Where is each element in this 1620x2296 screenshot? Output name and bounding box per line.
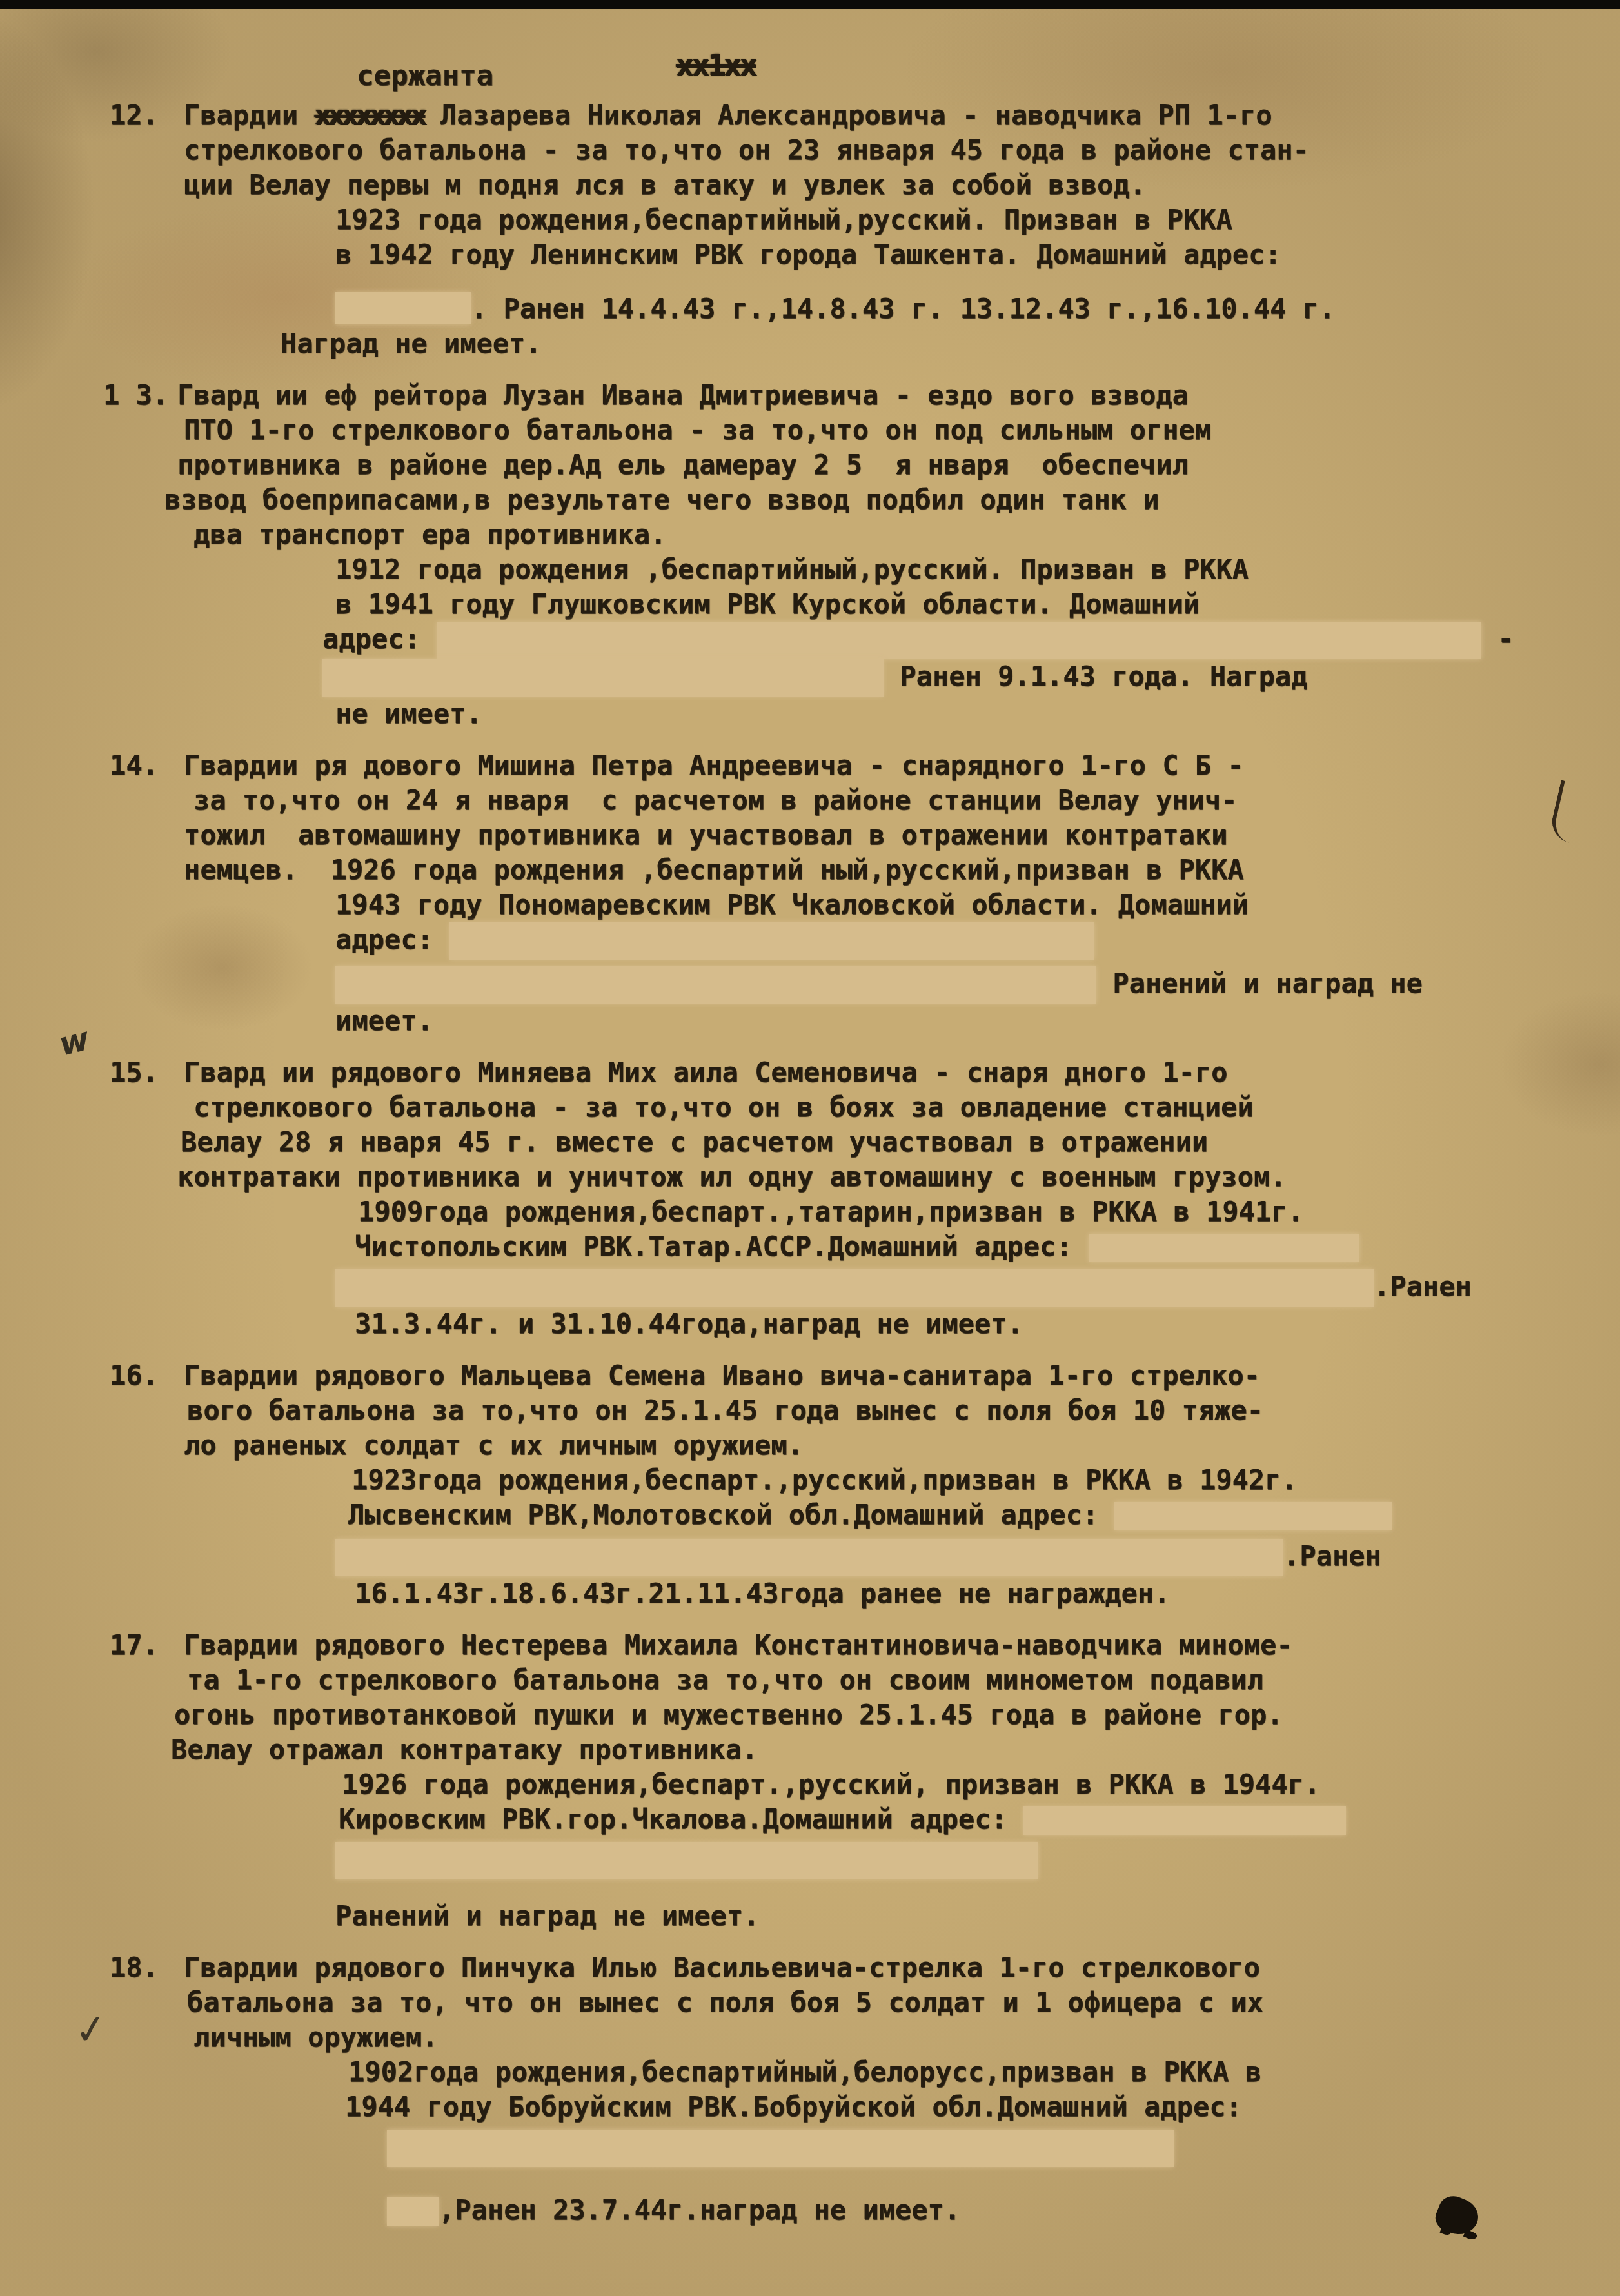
text-run: личным оружием.	[193, 2021, 438, 2053]
struck-out-text: хххххххх	[314, 99, 424, 131]
entry-number: 1 3.	[103, 378, 177, 413]
handwritten-mark: ✓	[72, 2010, 110, 2050]
text-line: 14.Гвардии ря дового Мишина Петра Андрее…	[110, 748, 1620, 783]
text-run: немцев. 1926 года рождения ,беспартий ны…	[184, 854, 1244, 886]
text-run: в 1942 году Ленинским РВК города Ташкент…	[335, 239, 1281, 270]
text-run: стрелкового батальона - за то,что он 23 …	[184, 134, 1309, 166]
text-run: Ранений и наград не	[1096, 967, 1423, 999]
text-line: Ранен 9.1.43 года. Наград	[322, 659, 1620, 697]
text-run: Ранен 9.1.43 года. Наград	[884, 660, 1307, 692]
text-line: тожил автомашину противника и участвовал…	[184, 818, 1620, 853]
entry-number: 14.	[110, 748, 184, 783]
text-line: ПТО 1-го стрелкового батальона - за то,ч…	[184, 413, 1620, 448]
text-run: вого батальона за то,что он 25.1.45 года…	[187, 1394, 1263, 1426]
entry-16: 16.Гвардии рядового Мальцева Семена Иван…	[0, 1358, 1620, 1611]
text-run: Гвард ии рядового Миняева Мих аила Семен…	[184, 1056, 1227, 1088]
text-line: вого батальона за то,что он 25.1.45 года…	[187, 1393, 1620, 1428]
entry-14: 14.Гвардии ря дового Мишина Петра Андрее…	[0, 748, 1620, 1038]
text-run: имеет.	[335, 1005, 433, 1036]
text-run: Лазарева Николая Александровича - наводч…	[424, 99, 1272, 131]
redaction-block	[1089, 1234, 1359, 1262]
redaction-block	[335, 1539, 1283, 1576]
text-line: 1 3.Гвард ии еф рейтора Лузан Ивана Дмит…	[103, 378, 1620, 413]
text-line: 18.Гвардии рядового Пинчука Илью Василье…	[110, 1950, 1620, 1985]
redaction-block	[387, 2130, 1174, 2167]
text-line: 12.Гвардии хххххххх Лазарева Николая Але…	[110, 98, 1620, 133]
text-line: контратаки противника и уничтож ил одну …	[177, 1160, 1620, 1194]
text-run: Чистопольским РВК.Татар.АССР.Домашний ад…	[355, 1231, 1089, 1262]
entry-15: 15.wГвард ии рядового Миняева Мих аила С…	[0, 1055, 1620, 1341]
text-run: огонь противотанковой пушки и мужественн…	[174, 1699, 1283, 1730]
entries: 12.Гвардии хххххххх Лазарева Николая Але…	[0, 98, 1620, 2228]
entry-number: 16.	[110, 1358, 184, 1393]
text-run: Лысвенским РВК,Молотовской обл.Домашний …	[348, 1499, 1114, 1530]
text-run: Велау 28 я нваря 45 г. вместе с расчетом…	[181, 1126, 1208, 1158]
redaction-block	[387, 2197, 439, 2226]
text-run: -	[1481, 623, 1514, 655]
text-line: адрес:	[335, 922, 1620, 960]
text-line: Наград не имеет.	[281, 326, 1620, 361]
text-line: Ранений и наград не имеет.	[335, 1899, 1620, 1934]
text-run: Гвард ии еф рейтора Лузан Ивана Дмитриев…	[177, 379, 1189, 411]
redaction-block	[1114, 1502, 1392, 1530]
text-run: 1923 года рождения,беспартийный,русский.…	[335, 204, 1232, 235]
text-run: Наград не имеет.	[281, 328, 542, 359]
entry-13: 1 3.Гвард ии еф рейтора Лузан Ивана Дмит…	[0, 378, 1620, 731]
text-run: 1944 году Бобруйским РВК.Бобруйской обл.…	[345, 2091, 1242, 2123]
entry-number: 18.	[110, 1950, 184, 1985]
text-line: 15.wГвард ии рядового Миняева Мих аила С…	[110, 1055, 1620, 1090]
text-line	[335, 1842, 1620, 1879]
text-run: взвод боеприпасами,в результате чего взв…	[164, 484, 1159, 515]
text-line: в 1941 году Глушковским РВК Курской обла…	[335, 587, 1620, 622]
text-run: стрелкового батальона - за то,что он в б…	[193, 1091, 1254, 1123]
text-line	[387, 2130, 1620, 2167]
text-run: 1909года рождения,беспарт.,татарин,призв…	[358, 1196, 1304, 1227]
redaction-block	[449, 922, 1094, 960]
text-run: .Ранен	[1374, 1271, 1472, 1302]
text-line: два транспорт ера противника.	[193, 517, 1620, 552]
text-run: Гвардии ря дового Мишина Петра Андреевич…	[184, 749, 1244, 781]
text-run: Гвардии рядового Пинчука Илью Васильевич…	[184, 1952, 1260, 1983]
text-run: ции Велау первы м подня лся в атаку и ув…	[184, 169, 1146, 201]
struck-out-mark: хх1хх	[676, 48, 755, 83]
text-run: . Ранен 14.4.43 г.,14.8.43 г. 13.12.43 г…	[471, 293, 1335, 324]
text-line: в 1942 году Ленинским РВК города Ташкент…	[335, 237, 1620, 272]
text-line: Ранений и наград не	[335, 966, 1620, 1004]
text-line: за то,что он 24 я нваря с расчетом в рай…	[193, 783, 1620, 818]
entry-number: 12.	[110, 98, 184, 133]
text-line: 17.Гвардии рядового Нестерева Михаила Ко…	[110, 1628, 1620, 1663]
text-line: противника в районе дер.Ад ель дамерау 2…	[177, 448, 1620, 482]
text-line: 16.Гвардии рядового Мальцева Семена Иван…	[110, 1358, 1620, 1393]
redaction-block	[437, 622, 1481, 659]
text-line: Велау отражал контратаку противника.	[171, 1732, 1620, 1767]
text-line: та 1-го стрелкового батальона за то,что …	[187, 1663, 1620, 1697]
entry-18: 18.Гвардии рядового Пинчука Илью Василье…	[0, 1950, 1620, 2228]
entry-number: 15.	[110, 1055, 184, 1090]
text-run: 1912 года рождения ,беспартийный,русский…	[335, 553, 1249, 585]
text-run: та 1-го стрелкового батальона за то,что …	[187, 1664, 1263, 1696]
text-line: Чистопольским РВК.Татар.АССР.Домашний ад…	[355, 1229, 1620, 1264]
text-line: 1912 года рождения ,беспартийный,русский…	[335, 552, 1620, 587]
text-line: огонь противотанковой пушки и мужественн…	[174, 1697, 1620, 1732]
entry-number: 17.	[110, 1628, 184, 1663]
text-line: имеет.	[335, 1004, 1620, 1038]
text-run: адрес:	[322, 623, 437, 655]
text-line: немцев. 1926 года рождения ,беспартий ны…	[184, 853, 1620, 887]
text-line: адрес: -	[322, 622, 1620, 659]
text-run: Гвардии	[184, 99, 314, 131]
redaction-block	[1023, 1806, 1346, 1835]
text-run: Гвардии рядового Нестерева Михаила Конст…	[184, 1629, 1292, 1661]
text-run: Кировским РВК.гор.Чкалова.Домашний адрес…	[339, 1803, 1023, 1835]
text-line: 1923 года рождения,беспартийный,русский.…	[335, 203, 1620, 237]
text-run: 1926 года рождения,беспарт.,русский, при…	[342, 1768, 1320, 1800]
text-run: 16.1.43г.18.6.43г.21.11.43года ранее не …	[355, 1578, 1170, 1609]
text-line: батальона за то, что он вынес с поля боя…	[187, 1985, 1620, 2020]
text-run: ПТО 1-го стрелкового батальона - за то,ч…	[184, 414, 1211, 446]
text-line: стрелкового батальона - за то,что он в б…	[193, 1090, 1620, 1125]
text-run: за то,что он 24 я нваря с расчетом в рай…	[193, 784, 1237, 816]
text-line: .Ранен	[335, 1539, 1620, 1576]
redaction-block	[322, 659, 884, 697]
text-run: Ранений и наград не имеет.	[335, 1900, 759, 1932]
redaction-block	[335, 1269, 1374, 1307]
text-run: батальона за то, что он вынес с поля боя…	[187, 1986, 1263, 2018]
text-run: адрес:	[335, 924, 449, 955]
text-line: Кировским РВК.гор.Чкалова.Домашний адрес…	[339, 1802, 1620, 1837]
text-run: не имеет.	[335, 698, 482, 729]
text-line: 1944 году Бобруйским РВК.Бобруйской обл.…	[345, 2090, 1620, 2124]
text-line: ции Велау первы м подня лся в атаку и ув…	[184, 168, 1620, 203]
redaction-block	[335, 966, 1096, 1004]
text-run: контратаки противника и уничтож ил одну …	[177, 1161, 1286, 1193]
text-line: .Ранен	[335, 1269, 1620, 1307]
text-run: 1943 году Пономаревским РВК Чкаловской о…	[335, 889, 1249, 920]
text-line: 1902года рождения,беспартийный,белорусс,…	[348, 2055, 1620, 2090]
text-run: .Ранен	[1283, 1540, 1381, 1572]
redaction-block	[335, 292, 471, 324]
text-line: 1926 года рождения,беспарт.,русский, при…	[342, 1767, 1620, 1802]
text-line: Лысвенским РВК,Молотовской обл.Домашний …	[348, 1498, 1620, 1532]
text-line: взвод боеприпасами,в результате чего взв…	[164, 482, 1620, 517]
text-run: противника в районе дер.Ад ель дамерау 2…	[177, 449, 1189, 480]
text-run: Велау отражал контратаку противника.	[171, 1734, 758, 1765]
text-line: 16.1.43г.18.6.43г.21.11.43года ранее не …	[355, 1576, 1620, 1611]
text-run: Гвардии рядового Мальцева Семена Ивано в…	[184, 1360, 1260, 1391]
text-line: 1943 году Пономаревским РВК Чкаловской о…	[335, 887, 1620, 922]
inserted-word: сержанта	[357, 59, 493, 92]
text-line: ло раненых солдат с их личным оружием.	[184, 1428, 1620, 1463]
text-line: стрелкового батальона - за то,что он 23 …	[184, 133, 1620, 168]
entry-17: 17.Гвардии рядового Нестерева Михаила Ко…	[0, 1628, 1620, 1934]
text-line: не имеет.	[335, 697, 1620, 731]
text-run: 1923года рождения,беспарт.,русский,призв…	[351, 1464, 1298, 1496]
entry-12: 12.Гвардии хххххххх Лазарева Николая Але…	[0, 98, 1620, 361]
text-line: 1909года рождения,беспарт.,татарин,призв…	[358, 1194, 1620, 1229]
text-run: 31.3.44г. и 31.10.44года,наград не имеет…	[355, 1308, 1023, 1340]
text-line: . Ранен 14.4.43 г.,14.8.43 г. 13.12.43 г…	[335, 292, 1620, 326]
scan-top-edge	[0, 0, 1620, 9]
text-line: ,Ранен 23.7.44г.наград не имеет.	[387, 2193, 1620, 2228]
text-run: ,Ранен 23.7.44г.наград не имеет.	[439, 2194, 960, 2226]
redaction-block	[335, 1842, 1038, 1879]
text-run: тожил автомашину противника и участвовал…	[184, 819, 1227, 851]
text-line: 1923года рождения,беспарт.,русский,призв…	[351, 1463, 1620, 1498]
text-run: в 1941 году Глушковским РВК Курской обла…	[335, 588, 1200, 620]
text-run: 1902года рождения,беспартийный,белорусс,…	[348, 2056, 1261, 2088]
scanned-document-page: сержанта хх1хх 12.Гвардии хххххххх Лазар…	[0, 0, 1620, 2296]
text-line: 31.3.44г. и 31.10.44года,наград не имеет…	[355, 1307, 1620, 1341]
text-line: Велау 28 я нваря 45 г. вместе с расчетом…	[181, 1125, 1620, 1160]
text-run: ло раненых солдат с их личным оружием.	[184, 1429, 804, 1461]
text-line: ✓личным оружием.	[193, 2020, 1620, 2055]
text-run: два транспорт ера противника.	[193, 519, 666, 550]
